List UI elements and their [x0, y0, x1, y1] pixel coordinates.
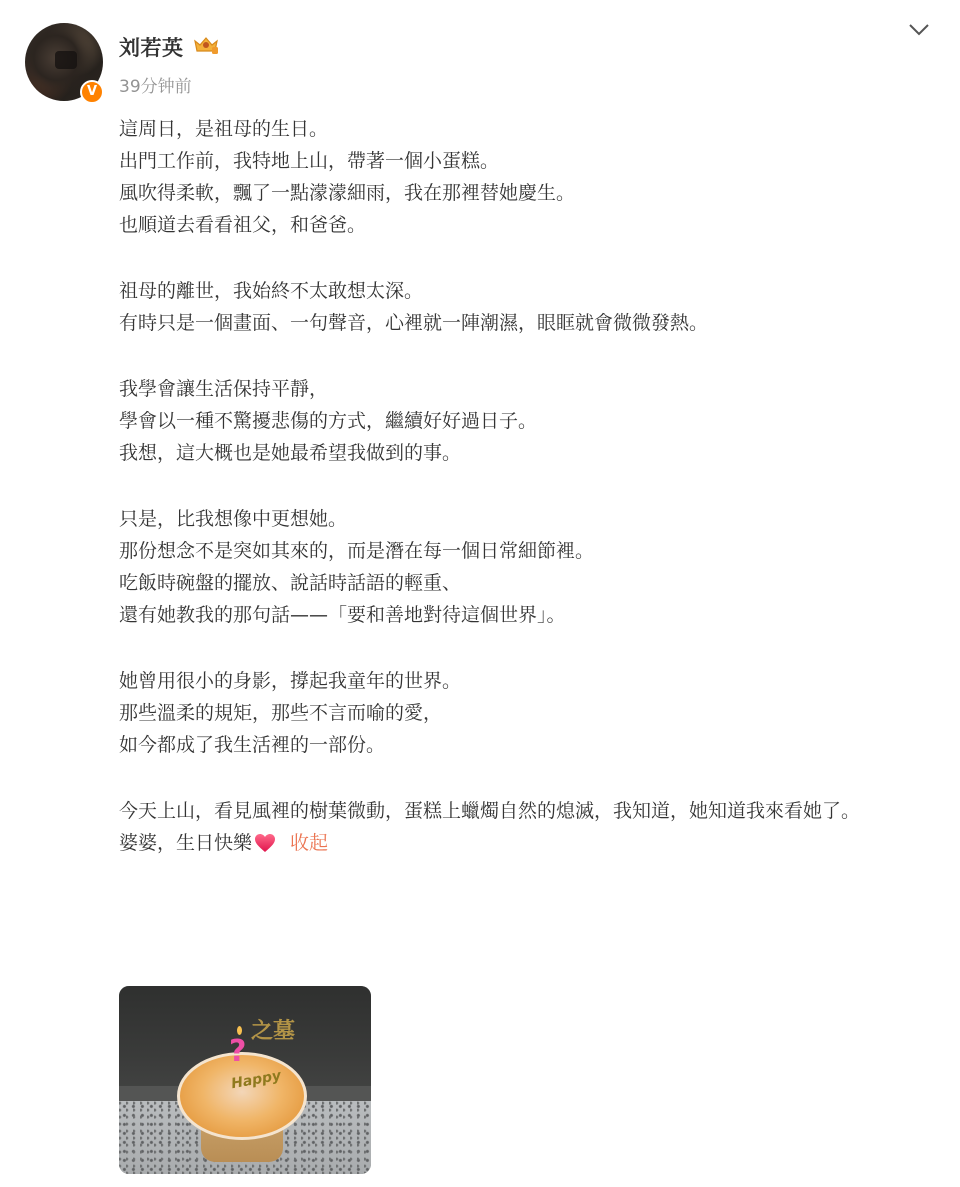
- collapse-link[interactable]: 收起: [290, 827, 328, 859]
- post-text-line: 學會以一種不驚擾悲傷的方式，繼續好好過日子。: [119, 405, 939, 437]
- post-text-line: 婆婆，生日快樂: [119, 827, 252, 859]
- post-text-line: 她曾用很小的身影，撐起我童年的世界。: [119, 665, 939, 697]
- post-text-line: 今天上山，看見風裡的樹葉微動，蛋糕上蠟燭自然的熄滅，我知道，她知道我來看她了。: [119, 795, 939, 827]
- post-content: 這周日，是祖母的生日。 出門工作前，我特地上山，帶著一個小蛋糕。 風吹得柔軟，飄…: [119, 113, 939, 859]
- post-final-line: 婆婆，生日快樂 收起: [119, 827, 939, 859]
- post-text-line: 風吹得柔軟，飄了一點濛濛細雨，我在那裡替她慶生。: [119, 177, 939, 209]
- post-text-line: 這周日，是祖母的生日。: [119, 113, 939, 145]
- post-text-line: 我想，這大概也是她最希望我做到的事。: [119, 437, 939, 469]
- candle: ?: [229, 1034, 246, 1069]
- post-image[interactable]: 之墓 ? Happy: [119, 986, 371, 1174]
- author-name[interactable]: 刘若英: [119, 32, 184, 62]
- post-text-line: 吃飯時碗盤的擺放、說話時話語的輕重、: [119, 567, 939, 599]
- heart-icon: [254, 833, 276, 853]
- crown-icon[interactable]: [193, 35, 219, 55]
- verified-badge-icon: V: [80, 80, 104, 104]
- post-text-line: 只是，比我想像中更想她。: [119, 503, 939, 535]
- post-text-line: 也順道去看看祖父，和爸爸。: [119, 209, 939, 241]
- tombstone-engraving: 之墓: [251, 1014, 295, 1045]
- post-text-line: 那份想念不是突如其來的，而是潛在每一個日常細節裡。: [119, 535, 939, 567]
- post-text-line: 有時只是一個畫面、一句聲音，心裡就一陣潮濕，眼眶就會微微發熱。: [119, 307, 939, 339]
- post-text-line: 還有她教我的那句話——「要和善地對待這個世界」。: [119, 599, 939, 631]
- post-text-line: 出門工作前，我特地上山，帶著一個小蛋糕。: [119, 145, 939, 177]
- weibo-post: V 刘若英 39分钟前 這周日，是祖母的生日。 出門工作前，我特地上山，帶著一個…: [0, 0, 960, 1187]
- post-text-line: 如今都成了我生活裡的一部份。: [119, 729, 939, 761]
- post-text-line: 祖母的離世，我始終不太敢想太深。: [119, 275, 939, 307]
- post-text-line: 我學會讓生活保持平靜，: [119, 373, 939, 405]
- chevron-down-icon[interactable]: [908, 23, 930, 37]
- post-timestamp[interactable]: 39分钟前: [119, 72, 192, 97]
- post-text-line: 那些溫柔的規矩，那些不言而喻的愛，: [119, 697, 939, 729]
